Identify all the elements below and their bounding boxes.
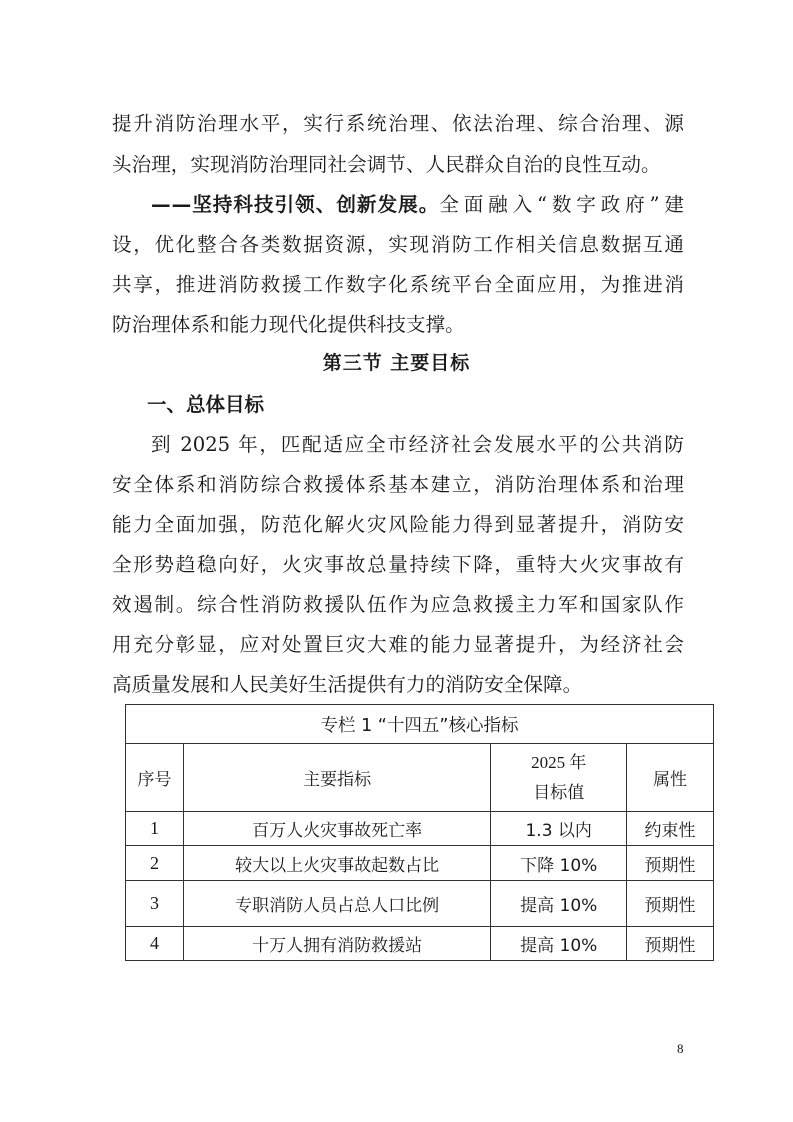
cell-indicator: 较大以上火灾事故起数占比 [183,846,490,881]
text-line: 全形势趋稳向好，火灾事故总量持续下降，重特大火灾事故有 [112,550,684,580]
cell-indicator: 十万人拥有消防救援站 [183,927,490,961]
text-line: 设，优化整合各类数据资源，实现消防工作相关信息数据互通 [112,230,684,260]
cell-attribute: 预期性 [627,846,714,881]
cell-index: 1 [126,812,184,846]
table-caption: 专栏 1 “十四五”核心指标 [126,705,714,744]
subheading: 一、总体目标 [147,389,264,417]
text-span: 全面融入“数字政府”建 [439,190,684,220]
cell-target: 提高 10% [491,881,627,927]
cell-target: 提高 10% [491,927,627,961]
cell-target: 下降 10% [491,846,627,881]
page-number: 8 [677,1041,684,1057]
cell-index: 4 [126,927,184,961]
text-line: 安全体系和消防综合救援体系基本建立，消防治理体系和治理 [112,470,684,500]
table-row: 3 专职消防人员占总人口比例 提高 10% 预期性 [126,881,714,927]
text-line: 防治理体系和能力现代化提供科技支撑。 [112,310,684,340]
cell-attribute: 预期性 [627,881,714,927]
table-header-row: 序号 主要指标 2025 年 目标值 属性 [126,744,714,812]
header-target-label: 目标值 [491,778,626,808]
text-line: 共享，推进消防救援工作数字化系统平台全面应用，为推进消 [112,270,684,300]
cell-attribute: 预期性 [627,927,714,961]
table-row: 1 百万人火灾事故死亡率 1.3 以内 约束性 [126,812,714,846]
header-index: 序号 [126,744,184,812]
header-attribute: 属性 [627,744,714,812]
text-line: 能力全面加强，防范化解火灾风险能力得到显著提升，消防安 [112,510,684,540]
table-caption-row: 专栏 1 “十四五”核心指标 [126,705,714,744]
cell-index: 3 [126,881,184,927]
text-line: 头治理，实现消防治理同社会调节、人民群众自治的良性互动。 [112,150,684,180]
text-line: ——坚持科技引领、创新发展。 全面融入“数字政府”建 [151,190,684,220]
text-line: 高质量发展和人民美好生活提供有力的消防安全保障。 [112,670,684,700]
header-target-year: 2025 年 [491,748,626,778]
cell-indicator: 专职消防人员占总人口比例 [183,881,490,927]
text-line: 提升消防治理水平，实行系统治理、依法治理、综合治理、源 [112,109,684,139]
principle-heading: ——坚持科技引领、创新发展。 [151,190,439,220]
cell-attribute: 约束性 [627,812,714,846]
cell-target: 1.3 以内 [491,812,627,846]
core-indicators-table: 专栏 1 “十四五”核心指标 序号 主要指标 2025 年 目标值 属性 1 百… [125,704,714,961]
section-title: 第三节 主要目标 [0,348,793,375]
cell-index: 2 [126,846,184,881]
text-line: 效遏制。综合性消防救援队伍作为应急救援主力军和国家队作 [112,590,684,620]
header-target: 2025 年 目标值 [491,744,627,812]
table-row: 2 较大以上火灾事故起数占比 下降 10% 预期性 [126,846,714,881]
table-row: 4 十万人拥有消防救援站 提高 10% 预期性 [126,927,714,961]
cell-indicator: 百万人火灾事故死亡率 [183,812,490,846]
text-line: 到 2025 年，匹配适应全市经济社会发展水平的公共消防 [151,430,684,460]
header-indicator: 主要指标 [183,744,490,812]
text-line: 用充分彰显，应对处置巨灾大难的能力显著提升，为经济社会 [112,630,684,660]
